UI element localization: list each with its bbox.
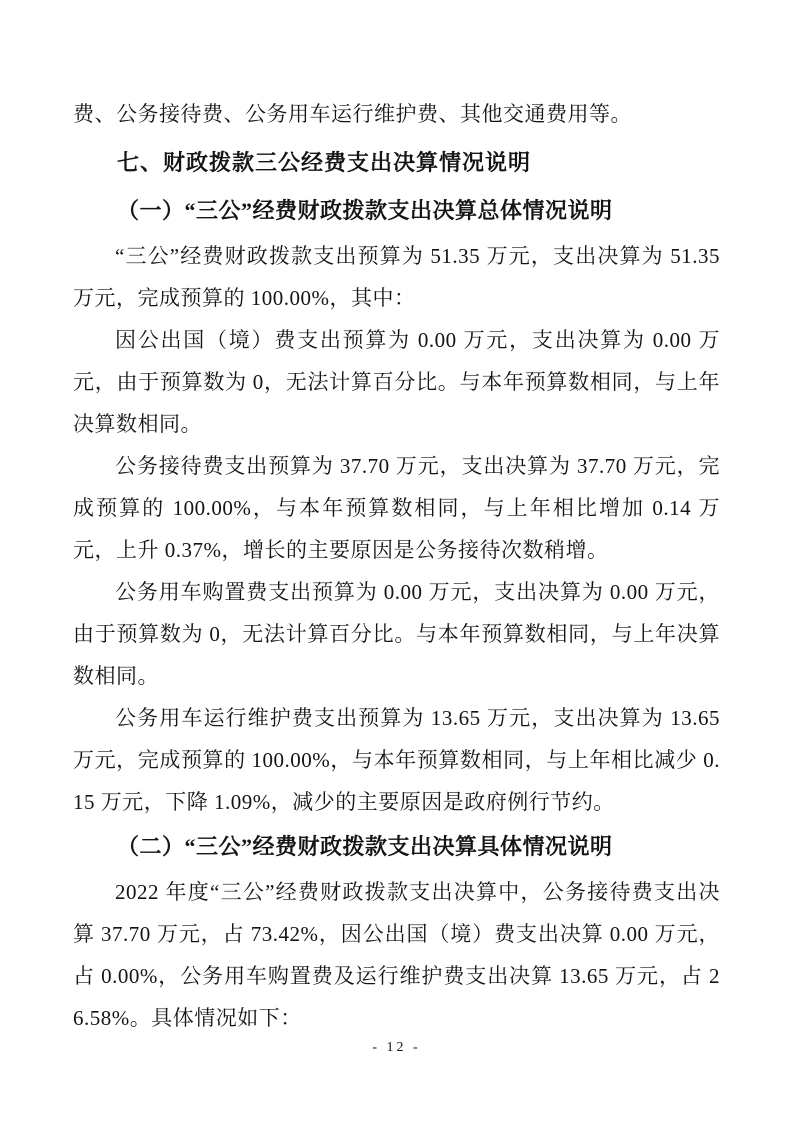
continuation-paragraph: 费、公务接待费、公务用车运行维护费、其他交通费用等。 xyxy=(73,93,720,135)
paragraph-vehicle-maintenance: 公务用车运行维护费支出预算为 13.65 万元，支出决算为 13.65 万元，完… xyxy=(73,697,720,823)
paragraph-total-overview: “三公”经费财政拨款支出预算为 51.35 万元，支出决算为 51.35 万元，… xyxy=(73,235,720,319)
subsection-heading-one: （一）“三公”经费财政拨款支出决算总体情况说明 xyxy=(73,187,720,235)
subsection-heading-two: （二）“三公”经费财政拨款支出决算具体情况说明 xyxy=(73,823,720,871)
page-number: - 12 - xyxy=(0,1040,793,1056)
paragraph-official-reception: 公务接待费支出预算为 37.70 万元，支出决算为 37.70 万元，完成预算的… xyxy=(73,445,720,571)
paragraph-specific-breakdown: 2022 年度“三公”经费财政拨款支出决算中，公务接待费支出决算 37.70 万… xyxy=(73,871,720,1039)
paragraph-overseas-travel: 因公出国（境）费支出预算为 0.00 万元，支出决算为 0.00 万元，由于预算… xyxy=(73,319,720,445)
paragraph-vehicle-purchase: 公务用车购置费支出预算为 0.00 万元，支出决算为 0.00 万元，由于预算数… xyxy=(73,571,720,697)
section-heading-seven: 七、财政拨款三公经费支出决算情况说明 xyxy=(73,139,720,187)
document-page: 费、公务接待费、公务用车运行维护费、其他交通费用等。 七、财政拨款三公经费支出决… xyxy=(0,0,793,1122)
